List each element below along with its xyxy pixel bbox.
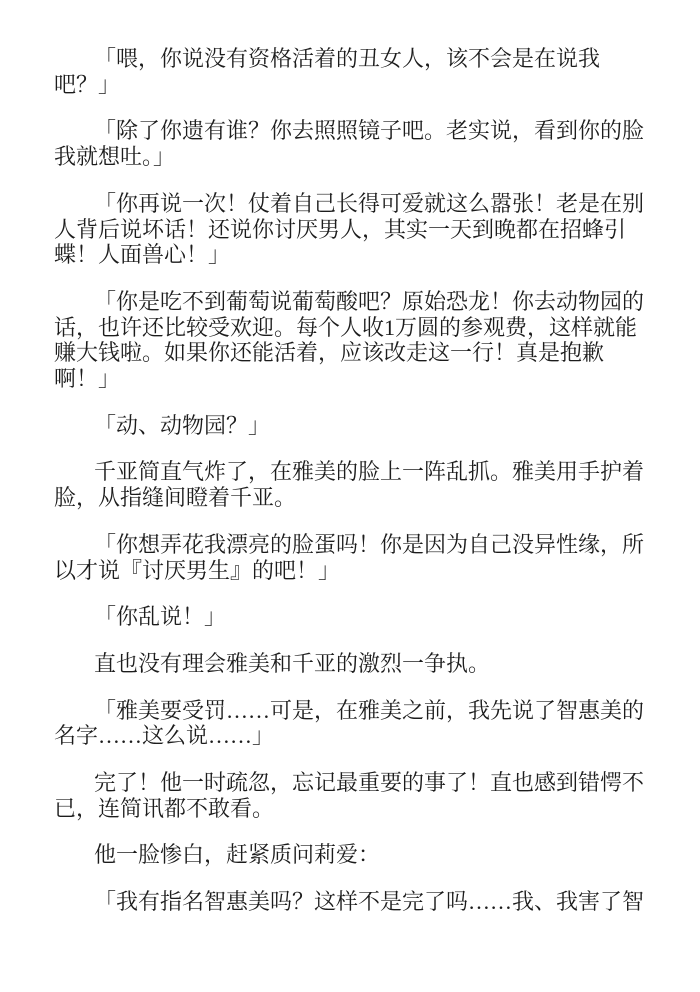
paragraph-6: 千亚简直气炸了，在雅美的脸上一阵乱抓。雅美用手护着 脸，从指缝间瞪着千亚。 (54, 459, 646, 510)
paragraph-11: 完了！他一时疏忽，忘记最重要的事了！直也感到错愕不 已，连简讯都不敢看。 (54, 770, 646, 821)
paragraph-7: 「你想弄花我漂亮的脸蛋吗！你是因为自己没异性缘，所 以才说『讨厌男生』的吧！」 (54, 532, 646, 583)
novel-page: 「喂，你说没有资格活着的丑女人，该不会是在说我 吧？」 「除了你遗有谁？你去照照… (0, 0, 700, 992)
paragraph-2: 「除了你遗有谁？你去照照镜子吧。老实说，看到你的脸 我就想吐。」 (54, 118, 646, 169)
paragraph-13: 「我有指名智惠美吗？这样不是完了吗……我、我害了智 (54, 889, 646, 915)
paragraph-9: 直也没有理会雅美和千亚的激烈一争执。 (54, 651, 646, 677)
paragraph-3: 「你再说一次！仗着自己长得可爱就这么嚣张！老是在别 人背后说坏话！还说你讨厌男人… (54, 191, 646, 268)
paragraph-4: 「你是吃不到葡萄说葡萄酸吧？原始恐龙！你去动物园的 话，也许还比较受欢迎。每个人… (54, 289, 646, 392)
paragraph-10: 「雅美要受罚……可是，在雅美之前，我先说了智惠美的 名字……这么说……」 (54, 698, 646, 749)
paragraph-12: 他一脸惨白，赶紧质问莉爱： (54, 842, 646, 868)
paragraph-8: 「你乱说！」 (54, 604, 646, 630)
paragraph-5: 「动、动物园？」 (54, 413, 646, 439)
paragraph-1: 「喂，你说没有资格活着的丑女人，该不会是在说我 吧？」 (54, 46, 646, 97)
